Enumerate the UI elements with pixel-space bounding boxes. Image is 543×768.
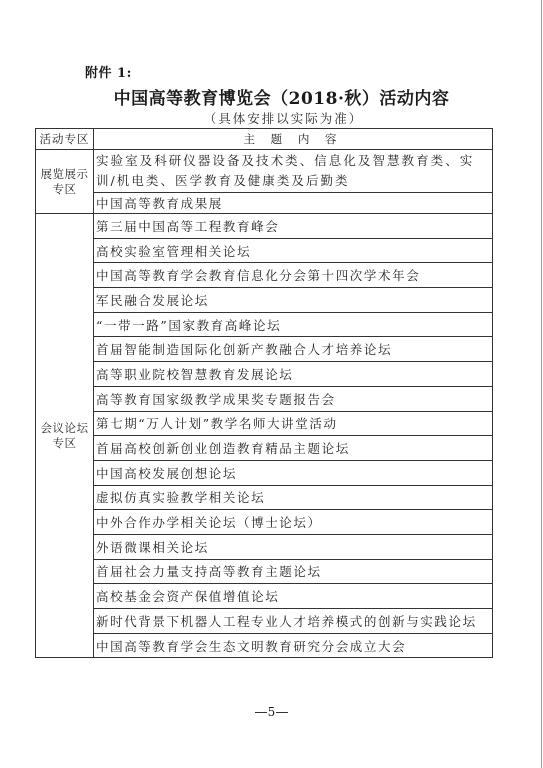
activities-table: 活动专区 主 题 内 容 展览展示 专区 实验室及科研仪器设备及技术类、信息化及…: [35, 128, 493, 658]
topic-cell: 高校实验室管理相关论坛: [94, 238, 493, 263]
table-row: 军民融合发展论坛: [36, 288, 493, 313]
zone-label-line: 展览展示: [38, 167, 91, 182]
topic-cell: 首届高校创新创业创造教育精品主题论坛: [94, 436, 493, 461]
zone-cell-forum: 会议论坛 专区: [36, 214, 94, 658]
topic-cell: 军民融合发展论坛: [94, 288, 493, 313]
table-row: 首届智能制造国际化创新产教融合人才培养论坛: [36, 337, 493, 362]
topic-cell: 虚拟仿真实验教学相关论坛: [94, 485, 493, 510]
table-row: 外语微课相关论坛: [36, 534, 493, 559]
table-row: 首届高校创新创业创造教育精品主题论坛: [36, 436, 493, 461]
topic-cell: 外语微课相关论坛: [94, 534, 493, 559]
topic-cell: 高校基金会资产保值增值论坛: [94, 584, 493, 609]
topic-cell: 首届智能制造国际化创新产教融合人才培养论坛: [94, 337, 493, 362]
topic-cell: 中国高等教育学会生态文明教育研究分会成立大会: [94, 633, 493, 658]
topic-cell: 高等教育国家级教学成果奖专题报告会: [94, 386, 493, 411]
topic-cell: 首届社会力量支持高等教育主题论坛: [94, 559, 493, 584]
table-row: 高等职业院校智慧教育发展论坛: [36, 362, 493, 387]
table-row: 虚拟仿真实验教学相关论坛: [36, 485, 493, 510]
topic-cell: 中国高校发展创想论坛: [94, 460, 493, 485]
table-row: 高校实验室管理相关论坛: [36, 238, 493, 263]
table-row: 新时代背景下机器人工程专业人才培养模式的创新与实践论坛: [36, 609, 493, 634]
table-row: 第七期“万人计划”教学名师大讲堂活动: [36, 411, 493, 436]
dash-left: [255, 712, 267, 713]
topic-cell: 中外合作办学相关论坛（博士论坛）: [94, 510, 493, 535]
table-row: 中外合作办学相关论坛（博士论坛）: [36, 510, 493, 535]
table-row: 高校基金会资产保值增值论坛: [36, 584, 493, 609]
header-zone: 活动专区: [36, 129, 94, 150]
table-row: 展览展示 专区 实验室及科研仪器设备及技术类、信息化及智慧教育类、实训/机电类、…: [36, 150, 493, 193]
table-row: 中国高校发展创想论坛: [36, 460, 493, 485]
table-row: 中国高等教育学会教育信息化分会第十四次学术年会: [36, 263, 493, 288]
zone-label-line: 专区: [38, 182, 91, 197]
table-header-row: 活动专区 主 题 内 容: [36, 129, 493, 150]
topic-cell: 第七期“万人计划”教学名师大讲堂活动: [94, 411, 493, 436]
page-number: 5: [0, 705, 543, 719]
table-row: 会议论坛 专区 第三届中国高等工程教育峰会: [36, 214, 493, 239]
attachment-label: 附件 1:: [85, 62, 132, 81]
topic-cell: 第三届中国高等工程教育峰会: [94, 214, 493, 239]
topic-cell: 高等职业院校智慧教育发展论坛: [94, 362, 493, 387]
topic-cell: 实验室及科研仪器设备及技术类、信息化及智慧教育类、实训/机电类、医学教育及健康类…: [94, 150, 493, 193]
table-row: 中国高等教育成果展: [36, 193, 493, 214]
topic-cell: 中国高等教育成果展: [94, 193, 493, 214]
topic-cell: “一带一路”国家教育高峰论坛: [94, 312, 493, 337]
zone-label-line: 专区: [38, 436, 91, 451]
zone-cell-exhibition: 展览展示 专区: [36, 150, 94, 214]
header-topic: 主 题 内 容: [94, 129, 493, 150]
topic-cell: 中国高等教育学会教育信息化分会第十四次学术年会: [94, 263, 493, 288]
table-row: “一带一路”国家教育高峰论坛: [36, 312, 493, 337]
table-row: 中国高等教育学会生态文明教育研究分会成立大会: [36, 633, 493, 658]
table-row: 首届社会力量支持高等教育主题论坛: [36, 559, 493, 584]
table-row: 高等教育国家级教学成果奖专题报告会: [36, 386, 493, 411]
document-title: 中国高等教育博览会（2018·秋）活动内容: [0, 84, 543, 109]
page-number-value: 5: [268, 705, 276, 719]
zone-label-line: 会议论坛: [38, 421, 91, 436]
dash-right: [276, 712, 288, 713]
document-subtitle: （具体安排以实际为准）: [0, 109, 543, 127]
topic-cell: 新时代背景下机器人工程专业人才培养模式的创新与实践论坛: [94, 609, 493, 634]
